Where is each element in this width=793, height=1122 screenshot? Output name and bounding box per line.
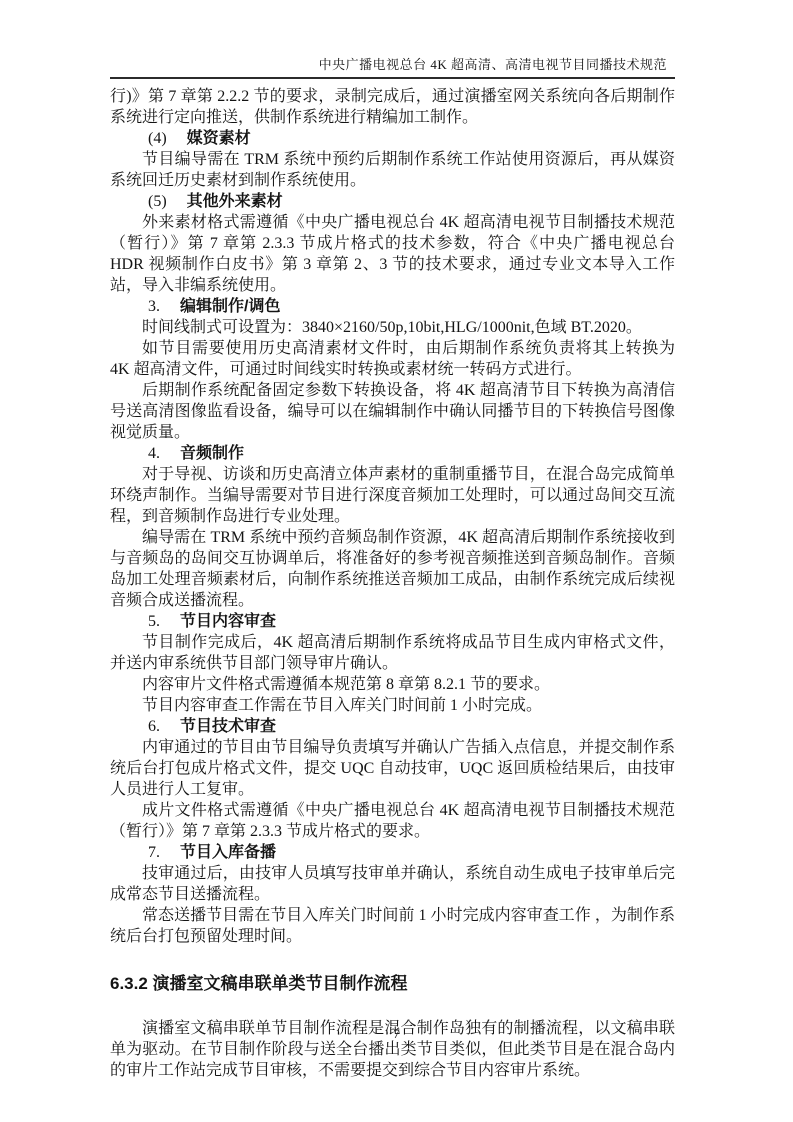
list-item-heading: 6.节目技术审查 [110, 716, 675, 737]
item-title: 其他外来素材 [187, 193, 283, 210]
paragraph: 成片文件格式需遵循《中央广播电视总台 4K 超高清电视节目制播技术规范（暂行）》… [110, 800, 675, 842]
item-title: 音频制作 [180, 445, 244, 462]
item-number: 4. [148, 445, 160, 462]
document-page: 中央广播电视总台 4K 超高清、高清电视节目同播技术规范 行)》第 7 章第 2… [0, 0, 793, 1122]
item-number: (4) [148, 130, 167, 147]
list-item-heading: 7.节目入库备播 [110, 842, 675, 863]
paragraph: 内审通过的节目由节目编导负责填写并确认广告插入点信息，并提交制作系统后台打包成片… [110, 737, 675, 800]
item-title: 媒资素材 [187, 130, 251, 147]
page-footer: 7 [0, 1026, 793, 1042]
paragraph: 常态送播节目需在节目入库关门时间前 1 小时完成内容审查工作 ，为制作系统后台打… [110, 905, 675, 947]
item-title: 节目内容审查 [180, 613, 276, 630]
list-item-heading: 5.节目内容审查 [110, 611, 675, 632]
item-number: 6. [148, 718, 160, 735]
section-heading: 6.3.2 演播室文稿串联单类节目制作流程 [110, 973, 675, 995]
item-number: 7. [148, 844, 160, 861]
paragraph: 外来素材格式需遵循《中央广播电视总台 4K 超高清电视节目制播技术规范（暂行）》… [110, 212, 675, 296]
paragraph: 编导需在 TRM 系统中预约音频岛制作资源，4K 超高清后期制作系统接收到与音频… [110, 527, 675, 611]
paragraph: 如节目需要使用历史高清素材文件时，由后期制作系统负责将其上转换为 4K 超高清文… [110, 338, 675, 380]
item-title: 节目技术审查 [180, 718, 276, 735]
paragraph: 内容审片文件格式需遵循本规范第 8 章第 8.2.1 节的要求。 [110, 674, 675, 695]
item-number: (5) [148, 193, 167, 210]
page-header: 中央广播电视总台 4K 超高清、高清电视节目同播技术规范 [110, 0, 675, 79]
paragraph: 后期制作系统配备固定参数下转换设备，将 4K 超高清节目下转换为高清信号送高清图… [110, 380, 675, 443]
list-item-heading: (5)其他外来素材 [110, 191, 675, 212]
paragraph: 节目制作完成后，4K 超高清后期制作系统将成品节目生成内审格式文件，并送内审系统… [110, 632, 675, 674]
paragraph: 对于导视、访谈和历史高清立体声素材的重制重播节目，在混合岛完成简单环绕声制作。当… [110, 464, 675, 527]
item-title: 节目入库备播 [180, 844, 276, 861]
paragraph: 节目内容审查工作需在节目入库关门时间前 1 小时完成。 [110, 695, 675, 716]
list-item-heading: 4.音频制作 [110, 443, 675, 464]
paragraph: 时间线制式可设置为：3840×2160/50p,10bit,HLG/1000ni… [110, 317, 675, 338]
document-body: 行)》第 7 章第 2.2.2 节的要求，录制完成后，通过演播室网关系统向各后期… [110, 86, 675, 1081]
list-item-heading: (4)媒资素材 [110, 128, 675, 149]
page-number: 7 [393, 1026, 400, 1041]
item-title: 编辑制作/调色 [180, 298, 280, 315]
item-number: 5. [148, 613, 160, 630]
paragraph: 行)》第 7 章第 2.2.2 节的要求，录制完成后，通过演播室网关系统向各后期… [110, 86, 675, 128]
header-title: 中央广播电视总台 4K 超高清、高清电视节目同播技术规范 [110, 54, 675, 73]
item-number: 3. [148, 298, 160, 315]
list-item-heading: 3.编辑制作/调色 [110, 296, 675, 317]
paragraph: 技审通过后，由技审人员填写技审单并确认，系统自动生成电子技审单后完成常态节目送播… [110, 863, 675, 905]
paragraph: 节目编导需在 TRM 系统中预约后期制作系统工作站使用资源后，再从媒资系统回迁历… [110, 149, 675, 191]
